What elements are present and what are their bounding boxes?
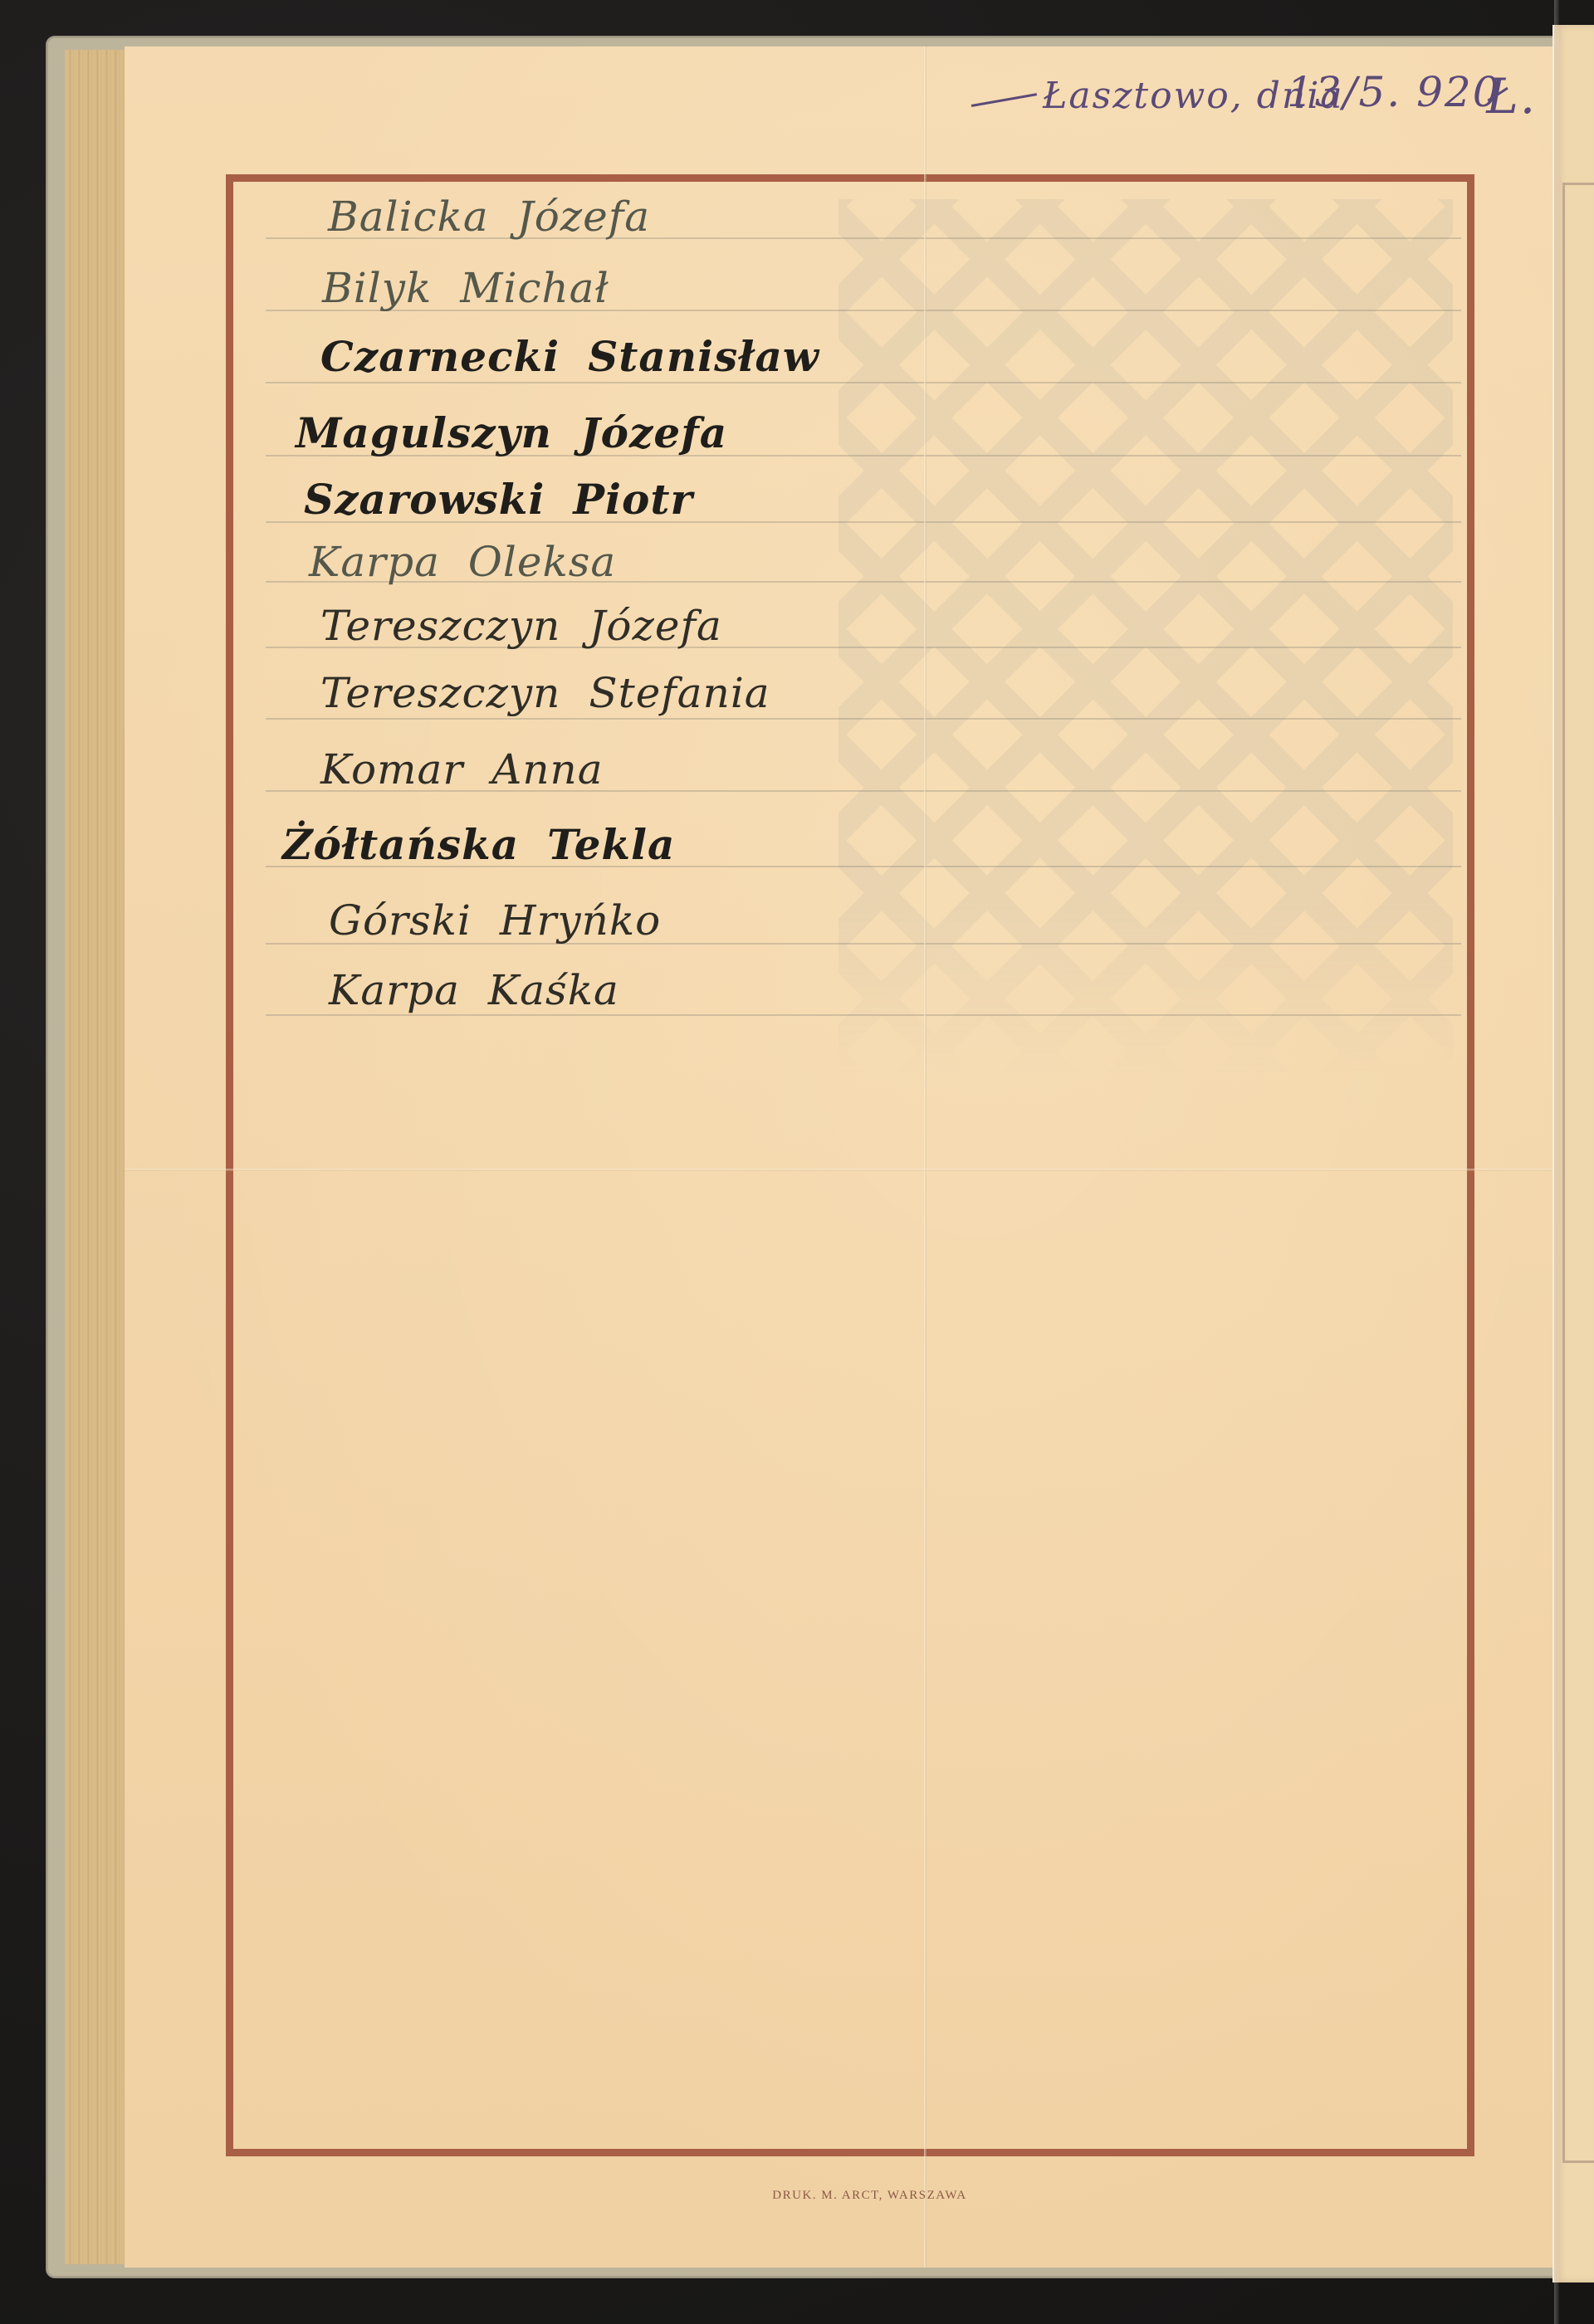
annotation-signature: Ł. [1486, 68, 1537, 124]
given-name: Józefa [517, 193, 650, 241]
given-name: Tekla [547, 820, 675, 869]
surname: Szarowski [304, 475, 545, 524]
given-name: Oleksa [468, 538, 616, 586]
pen-flourish [971, 93, 1037, 107]
surname: Bilyk [322, 264, 432, 312]
list-item: KarpaOleksa [309, 538, 616, 586]
surname: Balicka [328, 193, 489, 241]
list-item: SzarowskiPiotr [304, 475, 693, 524]
transparent-sleeve-edge [1554, 0, 1559, 2324]
list-item: KarpaKaśka [329, 966, 619, 1014]
list-item: TereszczynJózefa [320, 602, 722, 650]
list-item: BalickaJózefa [328, 193, 650, 241]
surname: Górski [329, 896, 472, 945]
list-item: ŻółtańskaTekla [282, 820, 675, 869]
surname: Komar [320, 745, 463, 793]
surname: Tereszczyn [320, 669, 560, 717]
given-name: Piotr [573, 475, 692, 524]
adjacent-page-border [1562, 183, 1594, 2163]
printed-red-border [226, 174, 1474, 2156]
surname: Karpa [309, 538, 440, 586]
surname: Magulszyn [296, 408, 552, 457]
horizontal-fold-crease [125, 1169, 1552, 1171]
list-item: GórskiHryńko [329, 896, 661, 945]
given-name: Hryńko [500, 896, 661, 945]
page-edges [65, 50, 127, 2264]
given-name: Józefa [589, 602, 721, 650]
header-annotation: Łasztowo, dnia 13/5. 920 Ł. [971, 68, 1536, 168]
given-name: Józefa [580, 408, 727, 457]
list-item: TereszczynStefania [320, 669, 770, 717]
surname: Karpa [329, 966, 460, 1014]
surname: Żółtańska [282, 820, 519, 869]
list-item: KomarAnna [320, 745, 604, 793]
list-item: BilykMichał [322, 264, 609, 312]
surname: Tereszczyn [320, 602, 560, 650]
vertical-fold-crease [924, 46, 927, 2268]
given-name: Michał [460, 264, 609, 312]
given-name: Anna [491, 745, 603, 793]
printer-imprint: DRUK. M. ARCT, WARSZAWA [0, 2189, 1594, 2203]
surname: Czarnecki [320, 332, 560, 381]
list-item: MagulszynJózefa [296, 408, 727, 457]
given-name: Kaśka [488, 966, 619, 1014]
annotation-date: 13/5. 920 [1287, 68, 1501, 116]
given-name: Stefania [589, 669, 770, 717]
list-item: CzarneckiStanisław [320, 332, 819, 381]
given-name: Stanisław [588, 332, 819, 381]
